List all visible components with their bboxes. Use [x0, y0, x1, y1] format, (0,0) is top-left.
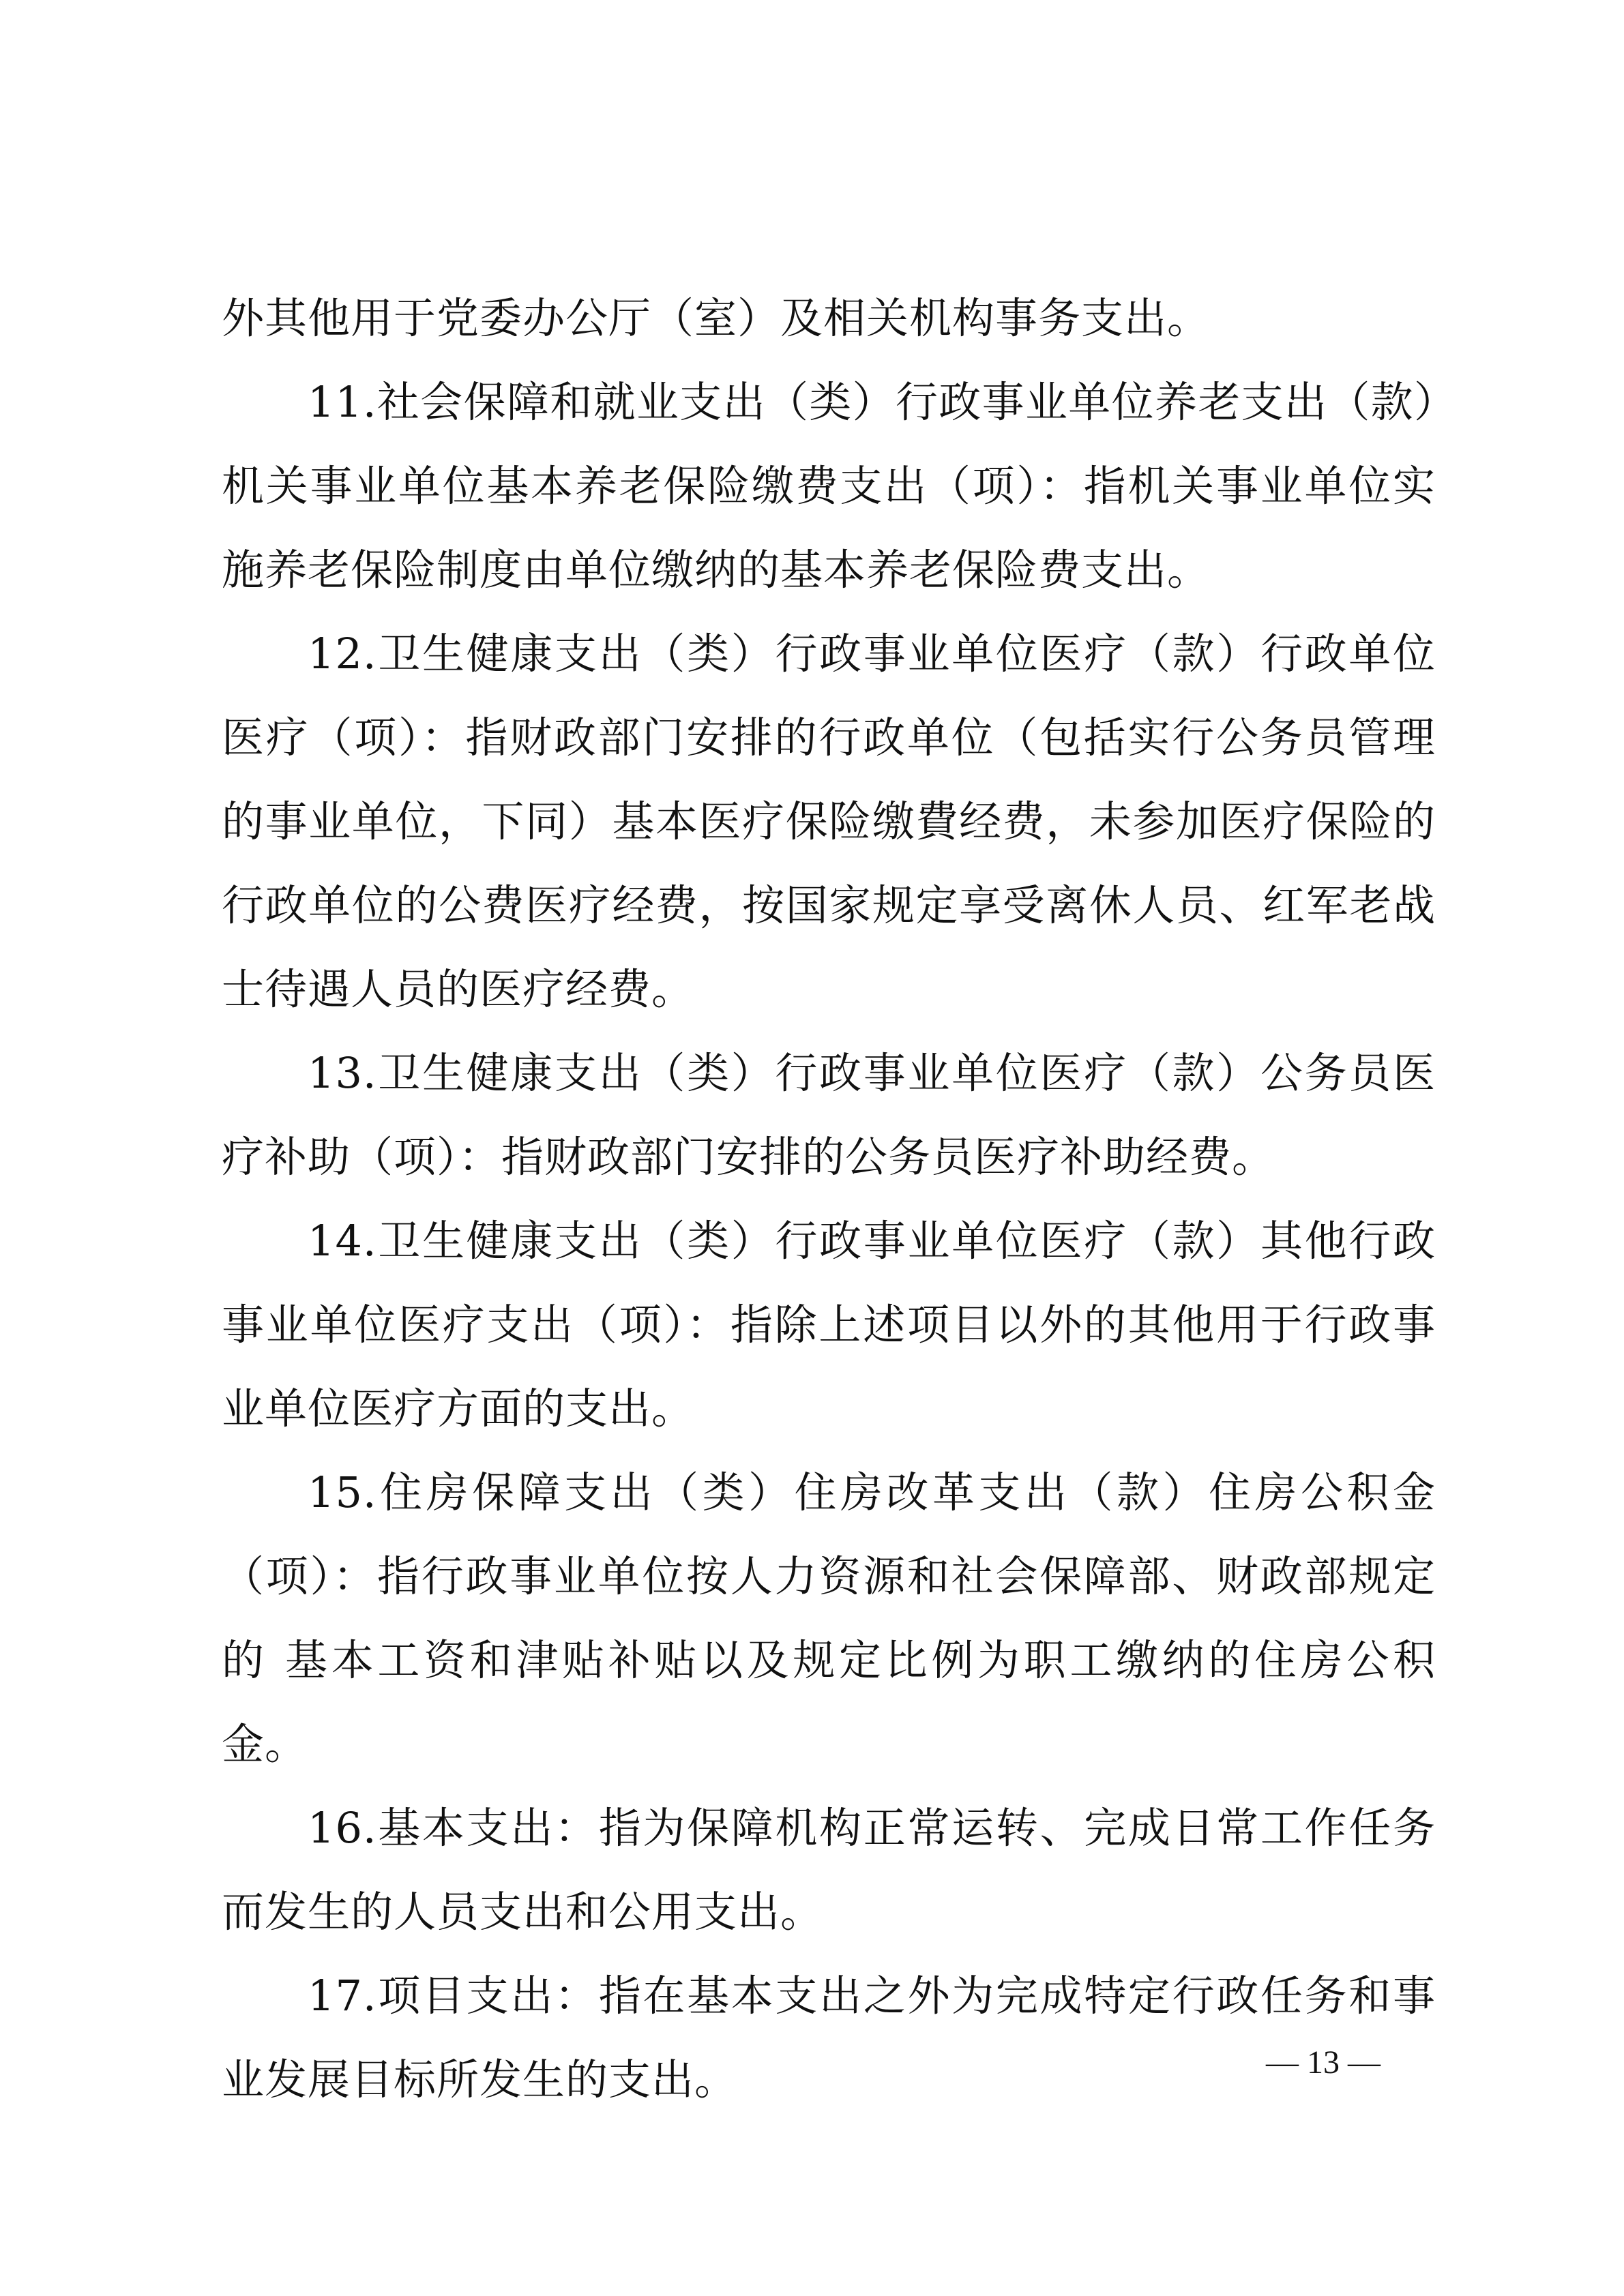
- paragraph-item-15: 15.住房保障支出（类）住房改革支出（款）住房公积金（项）：指行政事业单位按人力…: [222, 1450, 1436, 1786]
- paragraph-item-13: 13.卫生健康支出（类）行政事业单位医疗（款）公务员医疗补助（项）：指财政部门安…: [222, 1031, 1436, 1199]
- paragraph-item-14: 14.卫生健康支出（类）行政事业单位医疗（款）其他行政事业单位医疗支出（项）：指…: [222, 1199, 1436, 1450]
- paragraph-continuation-10: 外其他用于党委办公厅（室）及相关机构事务支出。: [222, 276, 1436, 360]
- page-number: — 13 —: [1221, 2042, 1426, 2083]
- paragraph-item-11: 11.社会保障和就业支出（类）行政事业单位养老支出（款）机关事业单位基本养老保险…: [222, 360, 1436, 612]
- document-page-body: 外其他用于党委办公厅（室）及相关机构事务支出。 11.社会保障和就业支出（类）行…: [222, 276, 1436, 2121]
- paragraph-item-12: 12.卫生健康支出（类）行政事业单位医疗（款）行政单位医疗（项）：指财政部门安排…: [222, 612, 1436, 1031]
- paragraph-item-16: 16.基本支出：指为保障机构正常运转、完成日常工作任务而发生的人员支出和公用支出…: [222, 1786, 1436, 1954]
- paragraph-item-17: 17.项目支出：指在基本支出之外为完成特定行政任务和事业发展目标所发生的支出。: [222, 1954, 1436, 2121]
